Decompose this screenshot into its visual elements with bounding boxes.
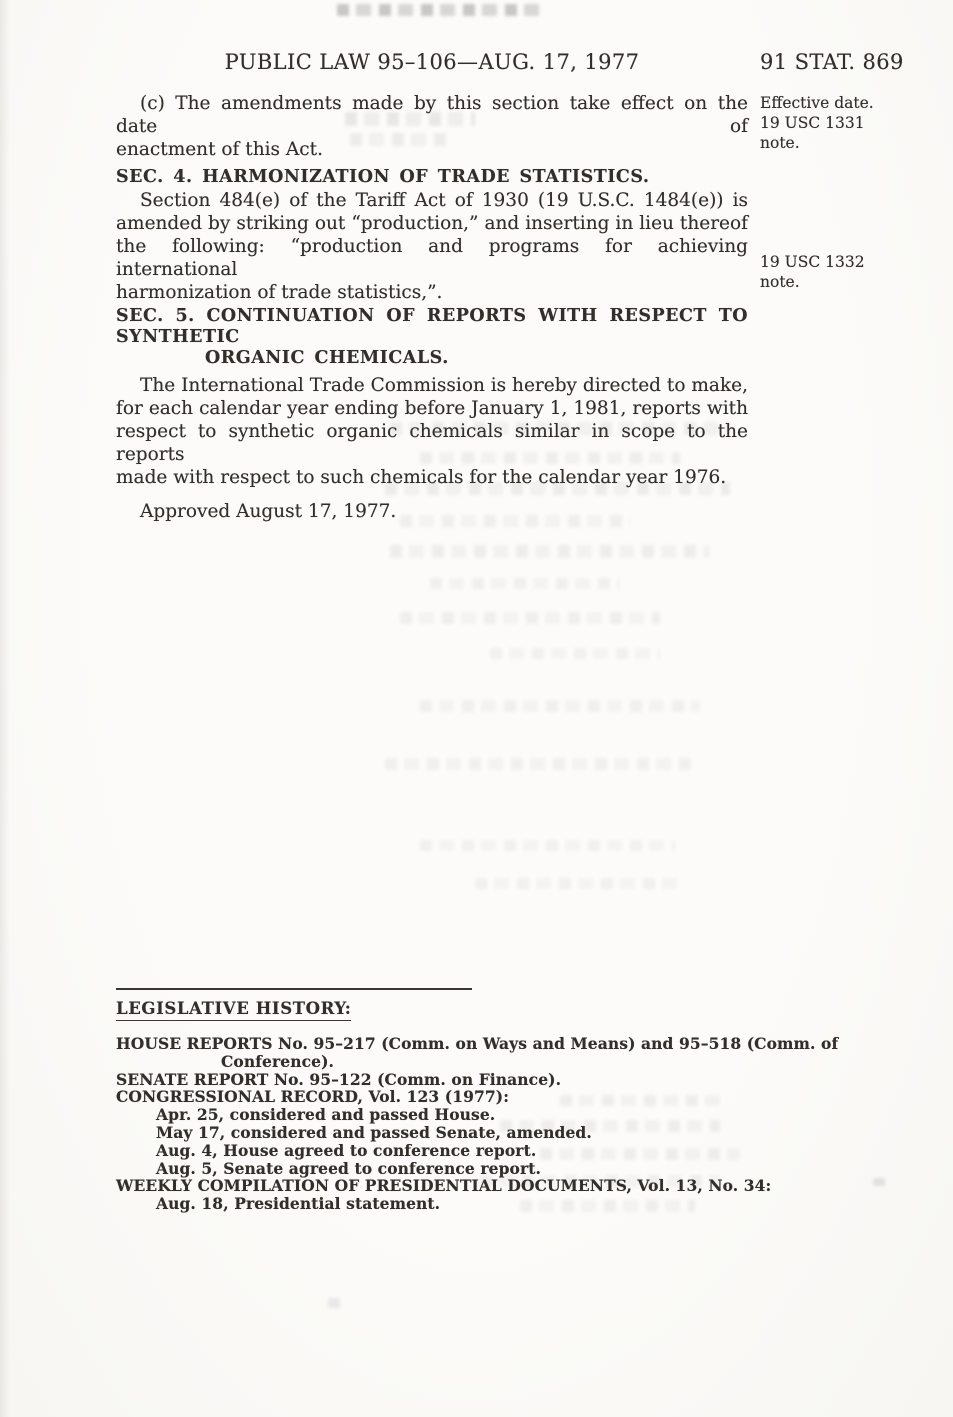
bleed-through-artifact <box>490 648 660 659</box>
section-4-paragraph: Section 484(e) of the Tariff Act of 1930… <box>116 189 748 304</box>
bleed-through-artifact <box>385 758 695 770</box>
bleed-through-artifact <box>873 1178 891 1186</box>
bleed-through-artifact <box>420 840 675 851</box>
page-header-title: PUBLIC LAW 95–106—AUG. 17, 1977 <box>116 50 748 74</box>
bleed-through-artifact <box>390 545 710 558</box>
bleed-through-artifact <box>337 4 542 16</box>
bleed-through-artifact <box>475 878 680 889</box>
bleed-through-artifact <box>420 700 700 712</box>
approval-line: Approved August 17, 1977. <box>116 501 748 522</box>
margin-note-19-usc-1331: Effective date.19 USC 1331note. <box>760 93 930 153</box>
horizontal-rule <box>116 988 472 990</box>
legislative-history-heading: LEGISLATIVE HISTORY: <box>116 999 351 1021</box>
section-5-paragraph: The International Trade Commission is he… <box>116 374 748 489</box>
body-column: (c) The amendments made by this section … <box>116 92 748 522</box>
subsection-c-paragraph: (c) The amendments made by this section … <box>116 92 748 161</box>
bleed-through-artifact <box>328 1298 342 1308</box>
legislative-history-entries: HOUSE REPORTS No. 95–217 (Comm. on Ways … <box>116 1035 816 1213</box>
page-header-citation: 91 STAT. 869 <box>760 50 904 74</box>
section-4-heading: SEC. 4. HARMONIZATION OF TRADE STATISTIC… <box>116 167 748 188</box>
legislative-history-section: LEGISLATIVE HISTORY: HOUSE REPORTS No. 9… <box>116 988 816 1213</box>
margin-note-19-usc-1332: 19 USC 1332note. <box>760 252 930 292</box>
bleed-through-artifact <box>430 578 620 589</box>
section-5-heading: SEC. 5. CONTINUATION OF REPORTS WITH RES… <box>116 306 748 369</box>
statute-scan-page: PUBLIC LAW 95–106—AUG. 17, 1977 91 STAT.… <box>0 0 953 1417</box>
bleed-through-artifact <box>400 612 660 624</box>
